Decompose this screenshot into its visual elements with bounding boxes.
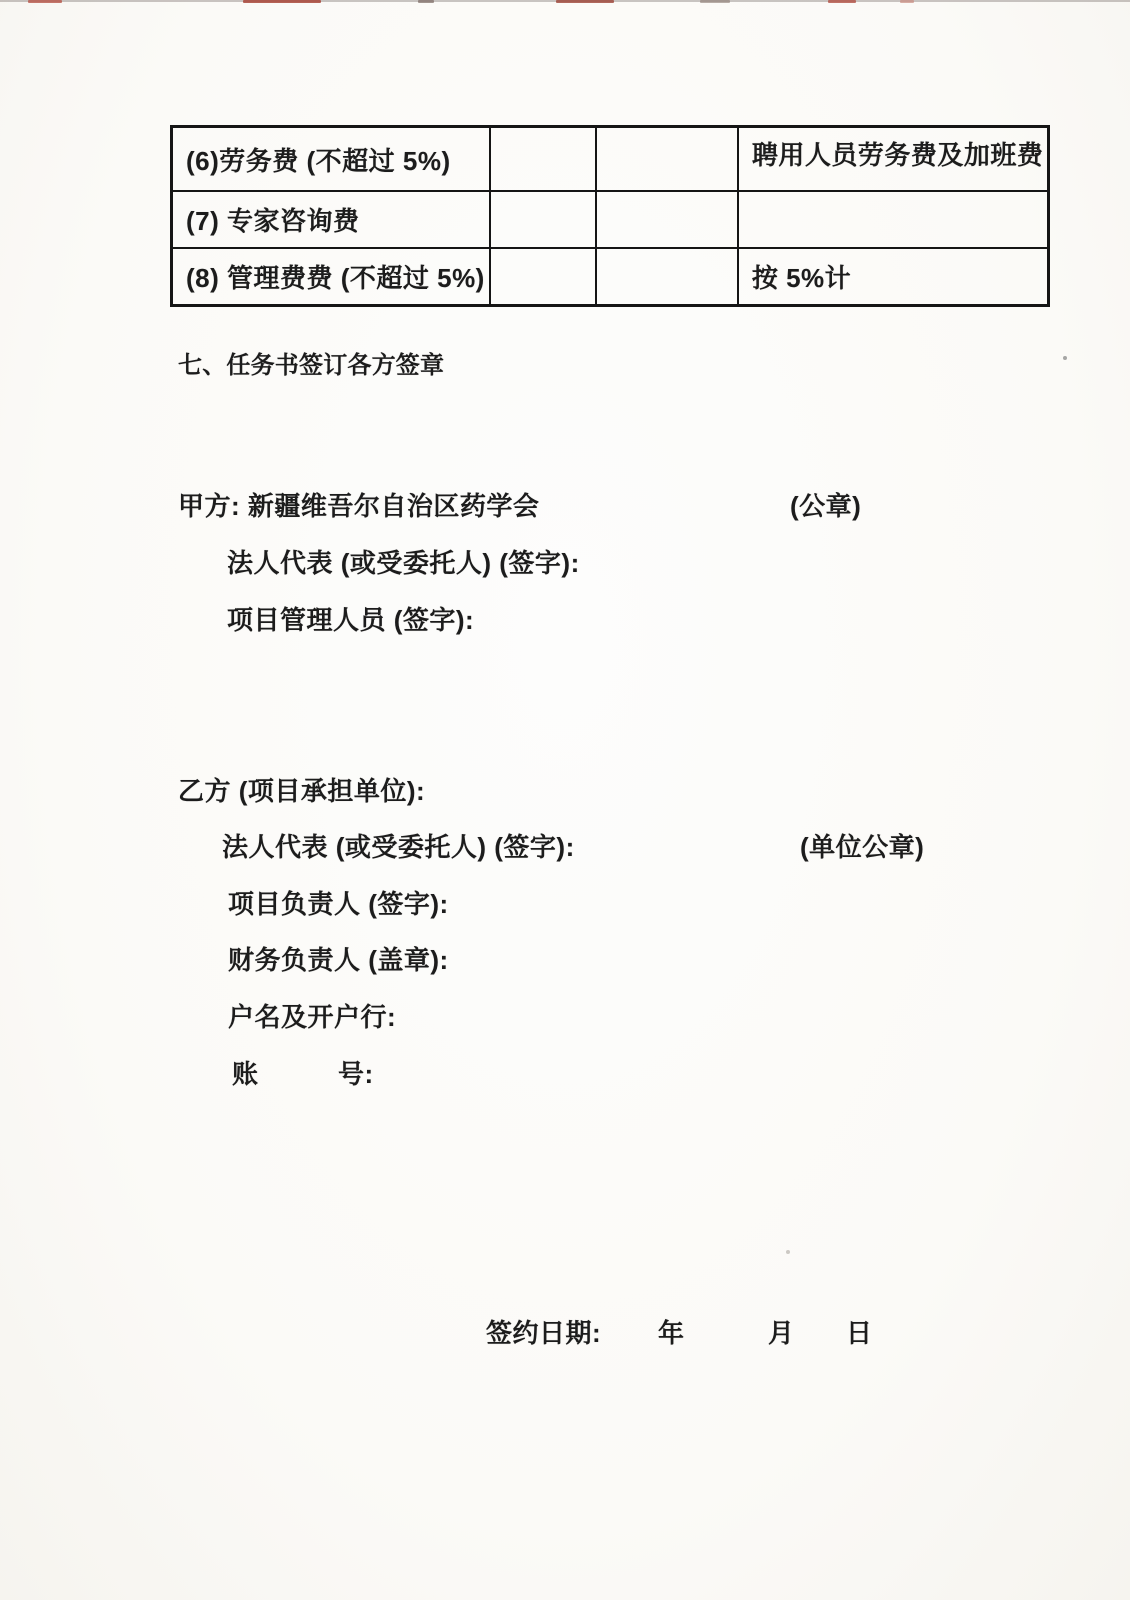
scan-edge-red-dash — [828, 0, 856, 3]
sign-date-year-label: 年 — [658, 1313, 685, 1350]
party-b-title: 乙方 (项目承担单位): — [178, 771, 425, 808]
scanned-document-page: (6)劳务费 (不超过 5%) 聘用人员劳务费及加班费 (7) 专家咨询费 (8… — [0, 0, 1130, 1600]
table-cell-amount — [490, 127, 596, 192]
scan-edge-artifact — [0, 0, 1130, 4]
scan-edge-red-dash — [243, 0, 321, 3]
table-cell-note: 聘用人员劳务费及加班费 — [738, 127, 1049, 192]
sign-date-label: 签约日期: — [486, 1313, 601, 1350]
sign-date-day-label: 日 — [846, 1313, 873, 1350]
scan-edge-red-dash — [28, 0, 62, 3]
table-cell-item: (8) 管理费费 (不超过 5%) — [172, 248, 490, 306]
scan-edge-gray-dash — [418, 0, 434, 3]
table-cell-amount — [490, 248, 596, 306]
table-row-expert-fee: (7) 专家咨询费 — [172, 191, 1049, 248]
scan-speck — [1063, 356, 1067, 360]
scan-speck — [786, 1250, 790, 1254]
party-b-legal-rep-signature-line: 法人代表 (或受委托人) (签字): — [222, 827, 575, 864]
table-cell-note: 按 5%计 — [738, 248, 1049, 306]
party-a-legal-rep-signature-line: 法人代表 (或受委托人) (签字): — [227, 543, 580, 580]
party-a-title: 甲方: 新疆维吾尔自治区药学会 — [178, 486, 539, 523]
table-row-management-fee: (8) 管理费费 (不超过 5%) 按 5%计 — [172, 248, 1049, 306]
table-cell-item: (7) 专家咨询费 — [172, 191, 490, 248]
scan-edge-red-dash — [556, 0, 614, 3]
party-a-seal-note: (公章) — [790, 486, 861, 523]
table-cell-item: (6)劳务费 (不超过 5%) — [172, 127, 490, 192]
party-b-project-leader-signature-line: 项目负责人 (签字): — [228, 884, 449, 921]
table-cell-note — [738, 191, 1049, 248]
party-b-account-number-line: 账 号: — [232, 1054, 374, 1091]
table-cell-amount — [596, 127, 738, 192]
budget-table: (6)劳务费 (不超过 5%) 聘用人员劳务费及加班费 (7) 专家咨询费 (8… — [170, 125, 1050, 307]
table-cell-amount — [596, 191, 738, 248]
table-cell-amount — [490, 191, 596, 248]
table-row-labor-fee: (6)劳务费 (不超过 5%) 聘用人员劳务费及加班费 — [172, 127, 1049, 192]
scan-edge-red-dash — [900, 0, 914, 3]
party-b-seal-note: (单位公章) — [800, 827, 924, 864]
party-b-finance-leader-seal-line: 财务负责人 (盖章): — [228, 940, 449, 977]
table-cell-amount — [596, 248, 738, 306]
sign-date-month-label: 月 — [768, 1313, 795, 1350]
scan-edge-gray-dash — [700, 0, 730, 3]
section-heading: 七、任务书签订各方签章 — [178, 345, 444, 380]
party-b-account-name-bank-line: 户名及开户行: — [228, 997, 396, 1034]
party-a-project-manager-signature-line: 项目管理人员 (签字): — [227, 600, 474, 637]
